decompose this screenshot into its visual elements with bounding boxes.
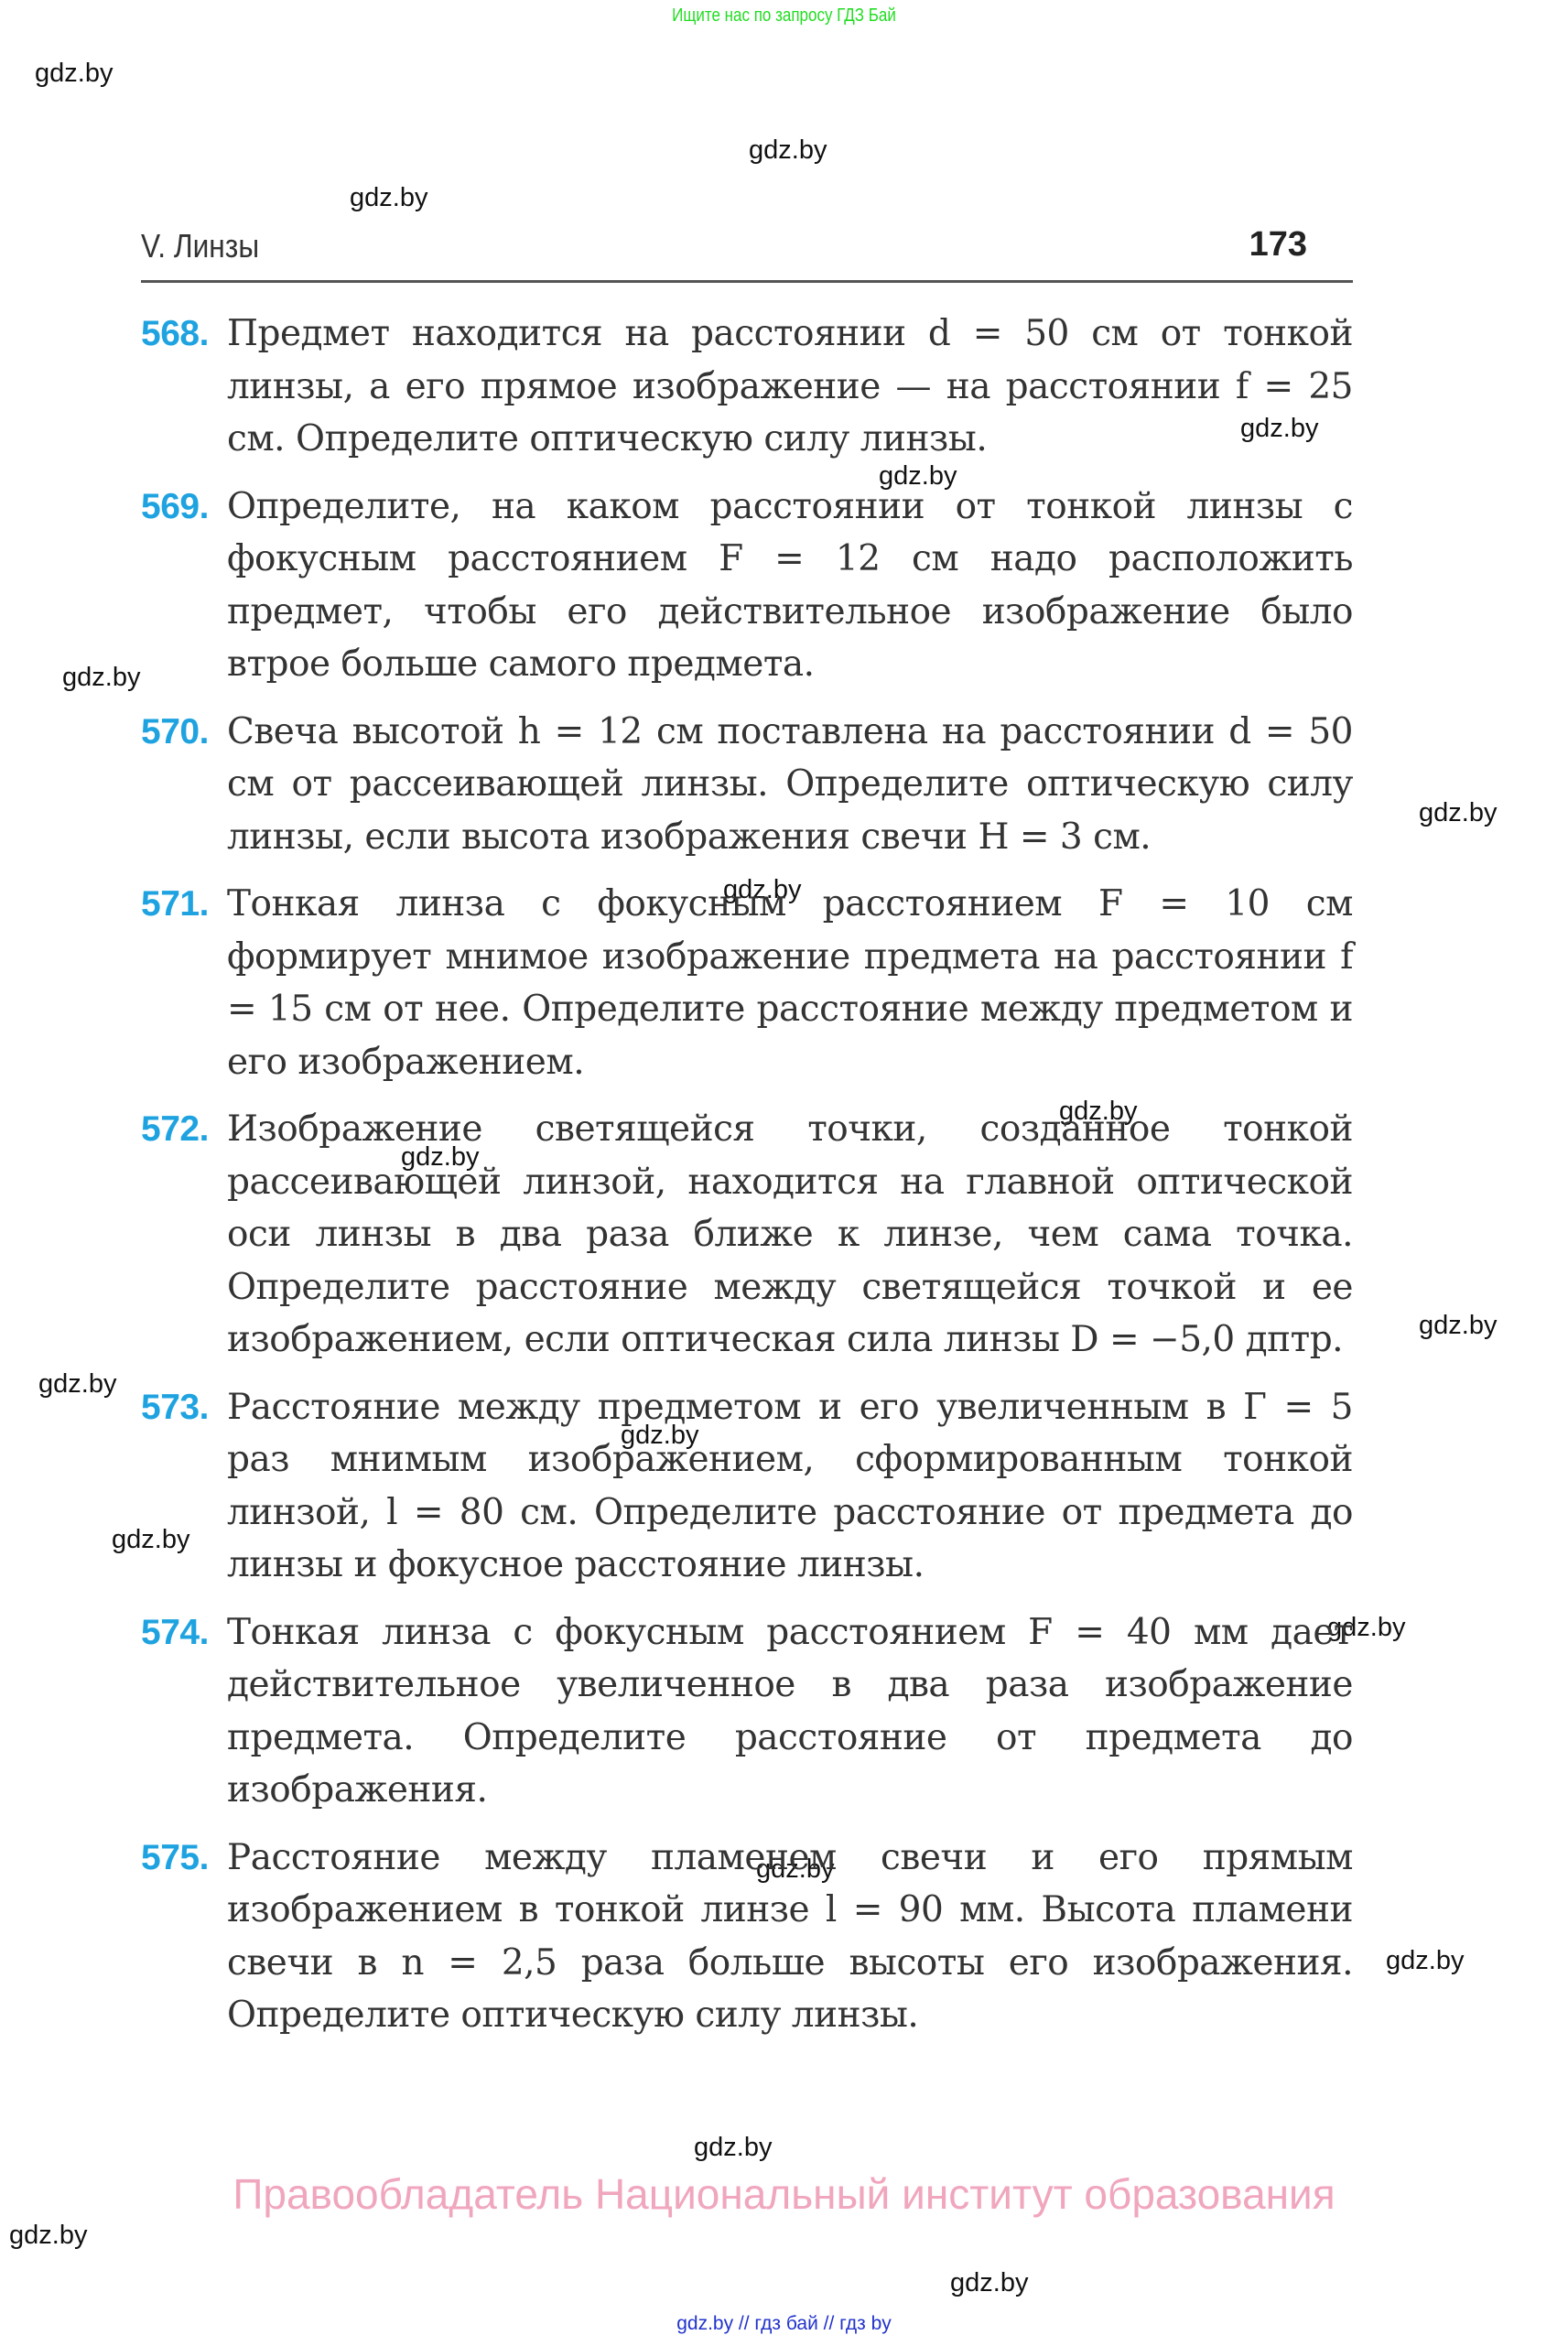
top-banner: Ищите нас по запросу ГДЗ Бай <box>117 5 1450 27</box>
problem-text: Расстояние между пламенем свечи и его пр… <box>227 1832 1353 2042</box>
problem-568: 568. Предмет находится на расстоянии d =… <box>141 308 1353 466</box>
problem-text: Расстояние между предметом и его увеличе… <box>227 1381 1353 1592</box>
problem-text: Изображение светящейся точки, созданное … <box>227 1103 1353 1367</box>
watermark: gdz.by <box>694 2133 772 2163</box>
footer-links[interactable]: gdz.by // гдз бай // гдз by <box>0 2313 1568 2335</box>
problem-text: Тонкая линза с фокусным расстоянием F = … <box>227 878 1353 1088</box>
watermark: gdz.by <box>350 183 427 213</box>
watermark: gdz.by <box>9 2221 87 2251</box>
problem-575: 575. Расстояние между пламенем свечи и е… <box>141 1832 1353 2042</box>
problem-572: 572. Изображение светящейся точки, созда… <box>141 1103 1353 1367</box>
problem-text: Свеча высотой h = 12 см поставлена на ра… <box>227 706 1353 864</box>
problem-text: Определите, на каком расстоянии от тонко… <box>227 481 1353 691</box>
problem-text: Тонкая линза с фокусным расстоянием F = … <box>227 1606 1353 1817</box>
problem-number: 570. <box>141 706 209 759</box>
problem-text: Предмет находится на расстоянии d = 50 с… <box>227 308 1353 466</box>
problem-number: 573. <box>141 1381 209 1434</box>
page-header: V. Линзы 173 <box>141 222 1353 283</box>
problem-number: 574. <box>141 1606 209 1659</box>
problem-573: 573. Расстояние между предметом и его ув… <box>141 1381 1353 1592</box>
section-title: V. Линзы <box>141 227 259 265</box>
problem-number: 571. <box>141 878 209 931</box>
watermark: gdz.by <box>1419 798 1497 828</box>
watermark: gdz.by <box>1386 1946 1464 1976</box>
watermark: gdz.by <box>950 2268 1028 2298</box>
watermark: gdz.by <box>62 663 140 693</box>
problem-number: 569. <box>141 481 209 534</box>
problem-571: 571. Тонкая линза с фокусным расстоянием… <box>141 878 1353 1088</box>
problem-574: 574. Тонкая линза с фокусным расстоянием… <box>141 1606 1353 1817</box>
watermark: gdz.by <box>749 135 827 166</box>
problem-number: 575. <box>141 1832 209 1885</box>
watermark: gdz.by <box>1419 1311 1497 1341</box>
problem-570: 570. Свеча высотой h = 12 см поставлена … <box>141 706 1353 864</box>
copyright-notice: Правообладатель Национальный институт об… <box>0 2169 1568 2219</box>
watermark: gdz.by <box>38 1369 116 1400</box>
problem-number: 568. <box>141 308 209 361</box>
problem-list: 568. Предмет находится на расстоянии d =… <box>141 308 1353 2057</box>
watermark: gdz.by <box>35 59 113 89</box>
problem-569: 569. Определите, на каком расстоянии от … <box>141 481 1353 691</box>
page-number: 173 <box>1249 225 1307 265</box>
problem-number: 572. <box>141 1103 209 1156</box>
